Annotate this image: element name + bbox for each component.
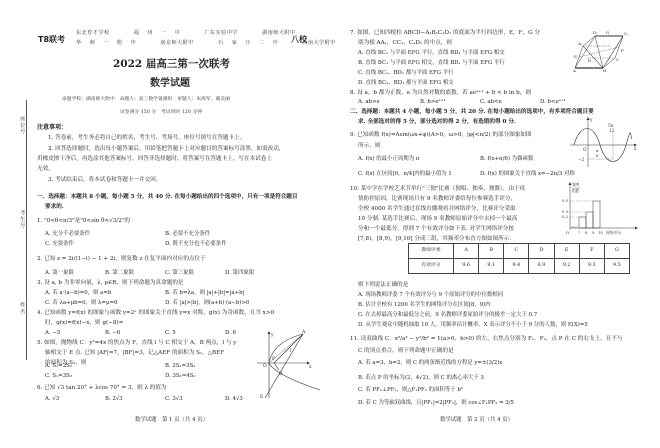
svg-text:B: B: [279, 371, 283, 377]
table-header-row: 教师评委 A B C D E F G: [409, 244, 630, 259]
q11-option-d: D. 若 C 为等轴双曲线，且|PF₁|=2|PF₂|，则 cos∠F₁PF₂ …: [358, 401, 514, 406]
table-cell: 9.1: [479, 259, 504, 274]
notice-item-2-cont: 用橡皮擦干净后，再选涂其他答案标号。回答非选择题时，将答案写在答题卡上。写在本试…: [37, 157, 272, 163]
q3-option-d: D. 若 |a|>|b|，则(a+b)·(a−b)>0: [165, 301, 249, 306]
notice-item-2-end: 无效。: [37, 167, 54, 173]
svg-text:组距: 组距: [572, 188, 580, 193]
table-cell: 9.2: [554, 259, 579, 274]
notice-item-3: 3. 考试结束后，将本试卷和答题卡一并交回。: [48, 178, 161, 184]
svg-text:0.2: 0.2: [562, 214, 569, 219]
q1-option-c: C. 充要条件: [45, 242, 74, 247]
svg-text:B: B: [603, 68, 606, 73]
table-cell: G: [604, 244, 629, 259]
q7-option-a: A. 直线 BC₁ 与平面 EFG 平行，直线 BD₁ 与平面 EFG 相交: [358, 51, 505, 56]
q10-option-d: D. 从学生观众中随机抽取 10 人，用频率估计概率，X 表示评分不小于 9 分…: [358, 323, 588, 328]
notice-item-1: 1. 答卷前，考生务必将自己的姓名、考生号、考场号、座位号填写在答题卡上。: [48, 136, 245, 142]
q9-option-c: C. f(x) 在区间[0，π/4]内的最小值为 1: [358, 172, 452, 177]
table-row: 有效评分 9.6 9.1 9.4 8.9 9.2 9.3 9.5: [409, 259, 630, 274]
q6-option-d: D. 4√3: [225, 397, 243, 402]
q4-option-d: D. 6: [225, 331, 236, 336]
table-cell: 9.6: [454, 259, 479, 274]
q8-option-a: A. ab>e: [358, 100, 380, 105]
margin-label-seat: 座位号: [19, 116, 24, 135]
prism-figure: D₁ G C₁ A₁ E F A B C D: [573, 28, 633, 73]
question-7-stem: 7. 如图，已知四棱柱 ABCD−A₁B₁C₁D₁ 的底面为平行四边形，E，F，…: [350, 31, 540, 37]
notice-title: 注意事项：: [37, 125, 67, 131]
table-cell: A: [454, 244, 479, 259]
svg-text:x: x: [634, 146, 637, 151]
question-9-stem: 9. 已知函数 f(x)=Asin(ωx+φ)(A>0，ω>0，|φ|<π/2)…: [350, 133, 532, 139]
section-1-heading: 一、选择题：本题共 8 小题，每小题 5 分，共 40 分. 在每小题给出的四个…: [37, 195, 298, 201]
q8-option-c: C. ab<e: [480, 100, 502, 105]
table-cell: C: [504, 244, 529, 259]
table-cell: F: [579, 244, 604, 259]
q5-option-a: A. S₁=2S₂: [45, 364, 72, 369]
question-10-line-3: 全校 4000 名学生通过在线直播观看并网络评分，比赛评分采取: [358, 207, 516, 213]
section-2-heading-cont: 求. 全部选对的得 5 分，部分选对的得 2 分，有选错的得 0 分.: [358, 120, 516, 126]
table-cell: B: [479, 244, 504, 259]
q5-option-b: B. 2S₁=3S₂: [165, 364, 195, 369]
q11-option-a: A. 若 a=3，b=2，则 C 的两条渐近线的方程是 y=±(3/2)x: [358, 361, 502, 366]
eight-schools-label: 八校: [291, 36, 307, 44]
q11-option-c: C. 若 PF₁⊥PF₂，则△F₁PF₂ 的面积等于 b²: [358, 388, 463, 393]
q7-option-c: C. 直线 BC₁、BD₁ 都与平面 EFG 平行: [358, 71, 454, 76]
margin-label-student-id: 考生号: [19, 210, 24, 229]
notice-item-2: 2. 回答选择题时，选出每小题答案后，用铅笔把答题卡上对应题目的答案标号涂黑。如…: [48, 147, 284, 153]
question-6-stem: 6. 已知 √3 tan 20° + λcos 70° = 3，则 λ 的值为: [37, 386, 167, 392]
table-cell: 9.5: [604, 259, 629, 274]
question-11-stem-cont: C 的顶点重合，则下列命题中正确的是: [358, 349, 454, 355]
q6-option-c: C. 3√3: [165, 397, 183, 402]
question-4-stem-cont: 时，g(x)=f(x)−x，则 g(−8)=: [45, 321, 123, 327]
svg-text:A: A: [572, 68, 576, 73]
svg-text:A: A: [301, 329, 306, 335]
svg-text:E: E: [574, 54, 577, 59]
table-cell: 9.3: [579, 259, 604, 274]
section-1-heading-cont: 要求的.: [45, 205, 64, 211]
q1-option-d: D. 既不充分也不必要条件: [165, 242, 226, 247]
q6-option-b: B. 2√3: [105, 397, 123, 402]
exam-info: 试卷满分 150 分 考试用时 120 分钟: [120, 111, 202, 116]
svg-text:8: 8: [585, 230, 588, 235]
q2-option-c: C. 第三象限: [165, 271, 194, 276]
q10-option-b: B. 估计全校有 1200 名学生的网络评分在区间[8，9)内: [358, 303, 491, 308]
table-cell: 教师评委: [409, 244, 454, 259]
exam-title: 2022 届高三第一次联考: [113, 59, 230, 70]
question-10-line-2: 情防控原因，比赛现场只有 9 名教师评委给每位参赛选手评分，: [358, 197, 516, 203]
table-cell: 8.9: [529, 259, 554, 274]
page-1-footer: 数学试题 第 1 页（共 4 页）: [135, 418, 208, 423]
q10-option-c: C. 在去掉最高分和最低分之前，9 名教师评委原始评分的极差一定大于 0.7: [358, 313, 537, 318]
teacher-score-table: 教师评委 A B C D E F G 有效评分 9.6 9.1 9.4 8.9 …: [408, 243, 630, 274]
svg-text:7: 7: [578, 230, 581, 235]
q1-option-b: B. 必要不充分条件: [165, 232, 210, 237]
question-9-stem-cont: 所示，则: [358, 144, 380, 150]
svg-text:0.5: 0.5: [562, 198, 569, 203]
sine-graph-figure: O y x −2 5π 12 π 6: [568, 117, 638, 169]
q4-option-a: A. −5: [45, 331, 60, 336]
question-2-stem: 2. 已知 z = 2i/(1−i) − 1 + 2i，则复数 z 在复平面内对…: [37, 257, 206, 263]
svg-text:D₁: D₁: [593, 30, 598, 35]
q9-option-a: A. f(x) 的最小正周期为 π: [358, 157, 419, 162]
table-cell: D: [529, 244, 554, 259]
q9-option-d: D. f(x) 的图象关于直线 x=−2π/3 对称: [480, 172, 575, 177]
q6-option-a: A. √3: [45, 397, 59, 402]
q3-option-a: A. 若 a·(a−b)=0，则 a=b: [45, 291, 111, 296]
svg-text:12: 12: [609, 128, 615, 133]
exam-page-2: 7. 如图，已知四棱柱 ABCD−A₁B₁C₁D₁ 的底面为平行四边形，E，F，…: [330, 0, 660, 448]
svg-text:频率: 频率: [572, 182, 580, 187]
q3-option-c: C. 若 λa+μb=0，则 λ=μ=0: [45, 301, 117, 306]
q8-option-b: B. b>eᵃ⁺¹: [420, 100, 446, 105]
q5-option-d: D. 3S₁=4S₂: [165, 374, 196, 379]
q7-option-d: D. 直线 BC₁、BD₁ 都与平面 EFG 相交: [358, 81, 454, 86]
brand-label: T8联考: [38, 36, 65, 44]
subject-title: 数学试题: [150, 79, 190, 89]
q2-option-b: B. 第二象限: [105, 271, 134, 276]
q2-option-d: D. 第四象限: [225, 271, 254, 276]
credits-line: 命题学校：湖南师大附中 命题人：高三数学备课组 审题人：朱海军、谢美丽: [62, 98, 230, 103]
question-7-stem-cont: 别为棱 AA₁，CC₁，C₁D₁ 的中点，则: [358, 41, 452, 47]
svg-text:C₁: C₁: [624, 31, 629, 36]
q9-option-b: B. f(x+π/6) 为偶函数: [480, 157, 533, 162]
svg-text:−2: −2: [578, 157, 585, 162]
question-4-stem: 4. 已知函数 y=f(x) 的图象与函数 y=2ˣ 的图象关于直线 y=x 对…: [37, 311, 274, 317]
question-11-stem: 11. 设双曲线 C：x²/a² − y²/b² = 1(a>0，b>0) 的左…: [350, 337, 623, 343]
svg-text:O: O: [566, 230, 569, 235]
binding-line: [26, 100, 27, 360]
q5-option-c: C. S₁=3S₂: [45, 374, 72, 379]
q1-option-a: A. 充分不必要条件: [45, 232, 90, 237]
question-10-line-4: 10 分制. 某选手比赛后，现场 9 名教师原始评分中去掉一个最高: [358, 217, 517, 223]
q10-option-a: A. 现场教师评委 7 个有效评分与 9 个原始评分的中位数相同: [358, 293, 503, 298]
svg-text:6: 6: [596, 153, 599, 158]
question-8-stem: 8. 设 a，b 都为正数，e 为自然对数的底数，若 aeᵃ⁺¹ + b < b…: [350, 91, 531, 97]
q11-option-b: B. 若点 P 的坐标为(2，4√2)，则 C 的离心率大于 3: [358, 376, 484, 381]
question-1-stem: 1. "0<θ<π/3"是"0<sin θ<√3/2"的: [37, 219, 130, 225]
q7-option-b: B. 直线 BC₁ 与平面 EFG 相交，直线 BD₁ 与平面 EFG 平行: [358, 61, 505, 66]
parabola-figure: O F A B E l y x: [255, 330, 325, 405]
svg-text:O: O: [583, 147, 587, 152]
svg-text:0.3: 0.3: [562, 209, 569, 214]
question-5-stem-cont: 轴相交于 E 点. 已知 |AF|=7，|BF|=3，记△AEF 的面积为 S₁…: [45, 351, 224, 357]
svg-text:G: G: [606, 30, 609, 35]
table-cell: 9.4: [504, 259, 529, 274]
q4-option-c: C. 5: [165, 331, 176, 336]
svg-text:10: 10: [598, 230, 603, 235]
table-cell: E: [554, 244, 579, 259]
q4-option-b: B. −6: [105, 331, 120, 336]
question-10-line-6: [7,8)，[8,9)，[9,10] 分成三组，其频率分布直方图如图所示.: [358, 237, 511, 243]
margin-label-name: 姓名: [19, 302, 24, 314]
svg-text:x: x: [309, 365, 312, 370]
q8-option-d: D. b<eᵃ⁺¹: [540, 100, 566, 105]
q10-options-intro: 则下列说法正确的是: [358, 283, 408, 289]
q3-option-b: B. 若 b=λa，则 |a|+|b|=|a+b|: [165, 291, 244, 296]
svg-text:C: C: [616, 57, 619, 62]
svg-text:y: y: [589, 117, 593, 122]
school-row-1: 东北育才学校 福 州 一 中 广东实验中学 湖南师大附中: [76, 31, 296, 36]
svg-text:F: F: [272, 356, 275, 362]
table-cell: 有效评分: [409, 259, 454, 274]
svg-text:网络评分: 网络评分: [606, 230, 621, 235]
svg-text:D: D: [588, 58, 591, 63]
page-2-footer: 数学试题 第 2 页（共 4 页）: [440, 418, 513, 423]
exam-page-1: 座位号 考生号 姓名 T8联考 东北育才学校 福 州 一 中 广东实验中学 湖南…: [0, 0, 330, 448]
svg-text:E: E: [260, 394, 263, 400]
svg-text:F: F: [621, 48, 624, 53]
svg-text:O: O: [263, 363, 267, 369]
question-10-line-1: 10. 某中学在学校艺术节举行"三独"比赛（独唱、独奏、独舞），由于疫: [350, 187, 525, 193]
q2-option-a: A. 第一象限: [45, 271, 74, 276]
question-10-line-5: 分和一个最低分，得到 7 个有效评分如下表. 对学生网络评分按: [358, 227, 514, 233]
question-5-stem: 5. 如图，抛物线 C：y²=4x 的焦点为 F，直线 l 与 C 相交于 A，…: [37, 341, 236, 347]
question-3-stem: 3. 设 a, b 为非零向量，λ, μ∈R，则下列命题为真命题的是: [37, 281, 184, 287]
svg-text:9: 9: [592, 230, 595, 235]
svg-text:y: y: [270, 333, 274, 338]
frequency-histogram: 频率 组距 0.2 0.3 0.5 O 7 8 9 10 网络评分: [560, 180, 660, 240]
svg-text:A₁: A₁: [577, 41, 583, 46]
section-2-heading: 二、选择题：本题共 4 小题，每小题 5 分，共 20 分. 在每小题给出的选项…: [350, 110, 594, 116]
